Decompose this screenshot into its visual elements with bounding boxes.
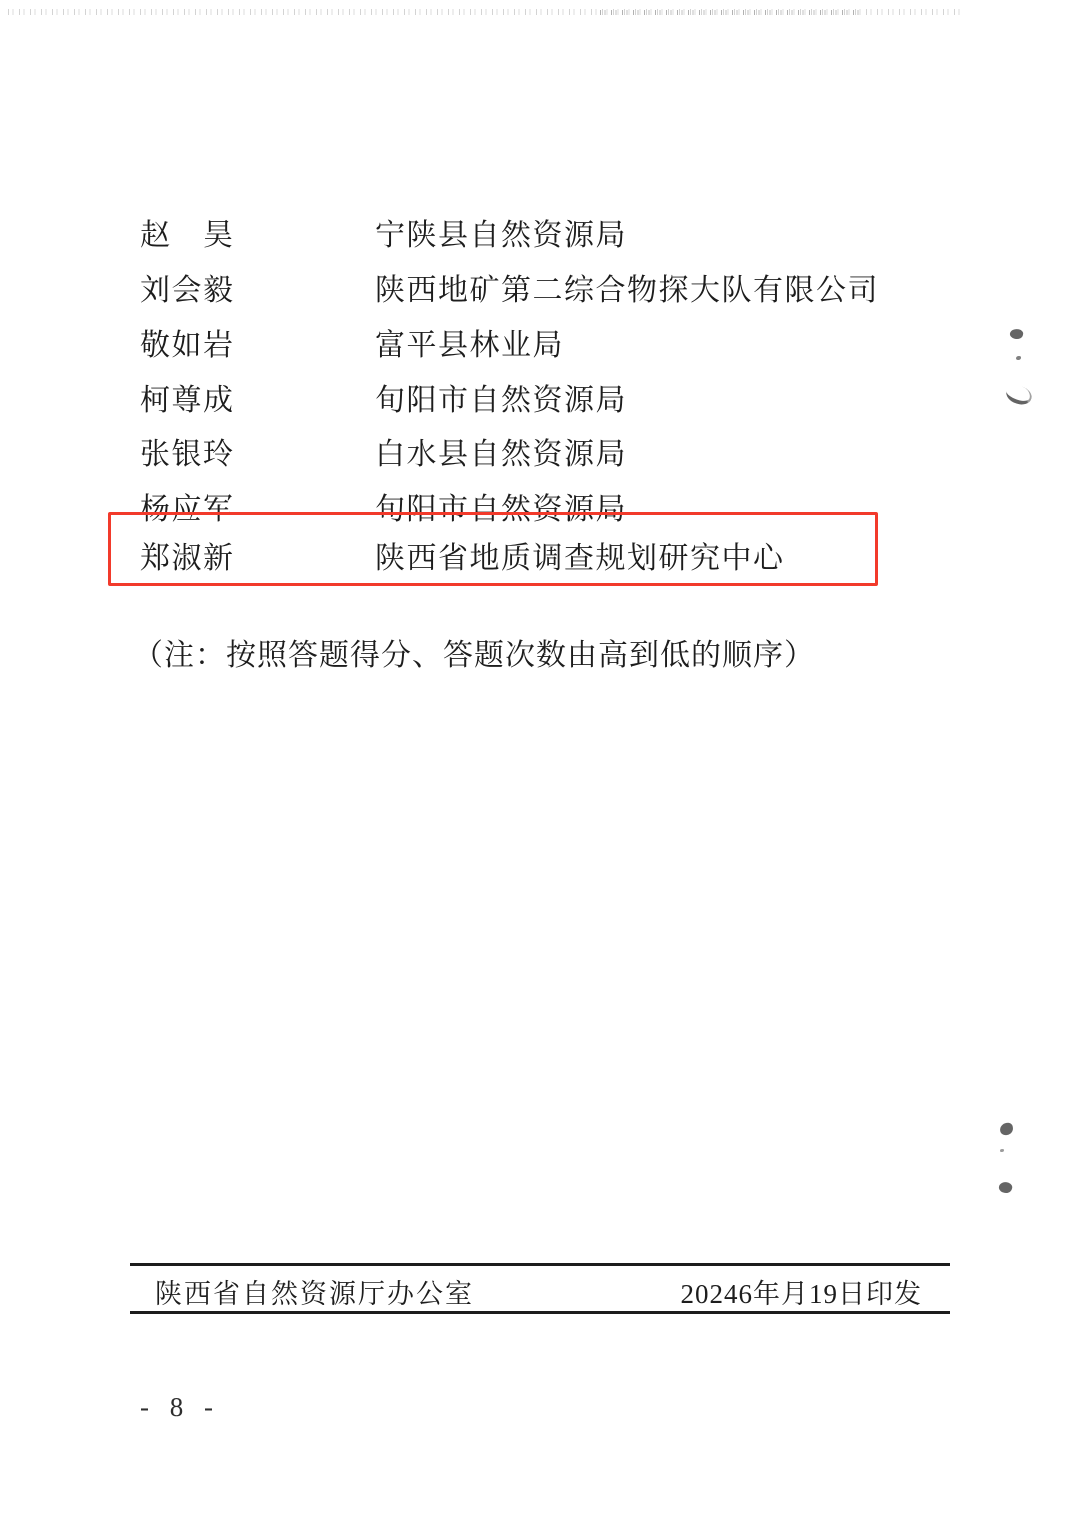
person-name: 敬如岩 <box>140 329 235 362</box>
person-name: 刘会毅 <box>140 274 235 307</box>
organization: 旬阳市自然资源局 <box>375 375 627 419</box>
organization: 陕西地矿第二综合物探大队有限公司 <box>375 265 879 309</box>
footer-date: 20246年月19日印发 <box>681 1272 951 1311</box>
footer-rule-top <box>130 1263 950 1266</box>
person-name: 柯尊成 <box>140 384 235 417</box>
footer-rule-bottom <box>130 1311 950 1314</box>
ink-smudge <box>999 1122 1014 1136</box>
ink-smudge <box>998 1180 1014 1195</box>
highlight-box <box>108 512 878 586</box>
organization: 宁陕县自然资源局 <box>375 210 627 254</box>
person-name: 赵 昊 <box>140 219 235 252</box>
roster-row: 张银玲 白水县自然资源局 <box>140 429 235 473</box>
ink-smudge <box>1009 328 1024 340</box>
organization: 白水县自然资源局 <box>375 429 627 473</box>
document-page: 赵 昊 宁陕县自然资源局 刘会毅 陕西地矿第二综合物探大队有限公司 敬如岩 富平… <box>0 0 1080 1528</box>
roster-row: 刘会毅 陕西地矿第二综合物探大队有限公司 <box>140 265 235 309</box>
page-number: - 8 - <box>140 1392 220 1423</box>
footer-office: 陕西省自然资源厅办公室 <box>130 1272 474 1311</box>
note-line: （注：按照答题得分、答题次数由高到低的顺序） <box>133 630 815 674</box>
ink-smudge <box>1016 356 1021 360</box>
roster-row: 敬如岩 富平县林业局 <box>140 320 235 364</box>
footer: 陕西省自然资源厅办公室 20246年月19日印发 <box>130 1272 950 1311</box>
ink-smudge <box>1000 1149 1004 1152</box>
scan-noise-band-dense <box>600 10 860 15</box>
roster-row: 赵 昊 宁陕县自然资源局 <box>140 210 235 254</box>
roster-row: 柯尊成 旬阳市自然资源局 <box>140 375 235 419</box>
organization: 富平县林业局 <box>375 320 564 364</box>
ink-smudge <box>1004 382 1034 407</box>
person-name: 张银玲 <box>140 438 235 471</box>
